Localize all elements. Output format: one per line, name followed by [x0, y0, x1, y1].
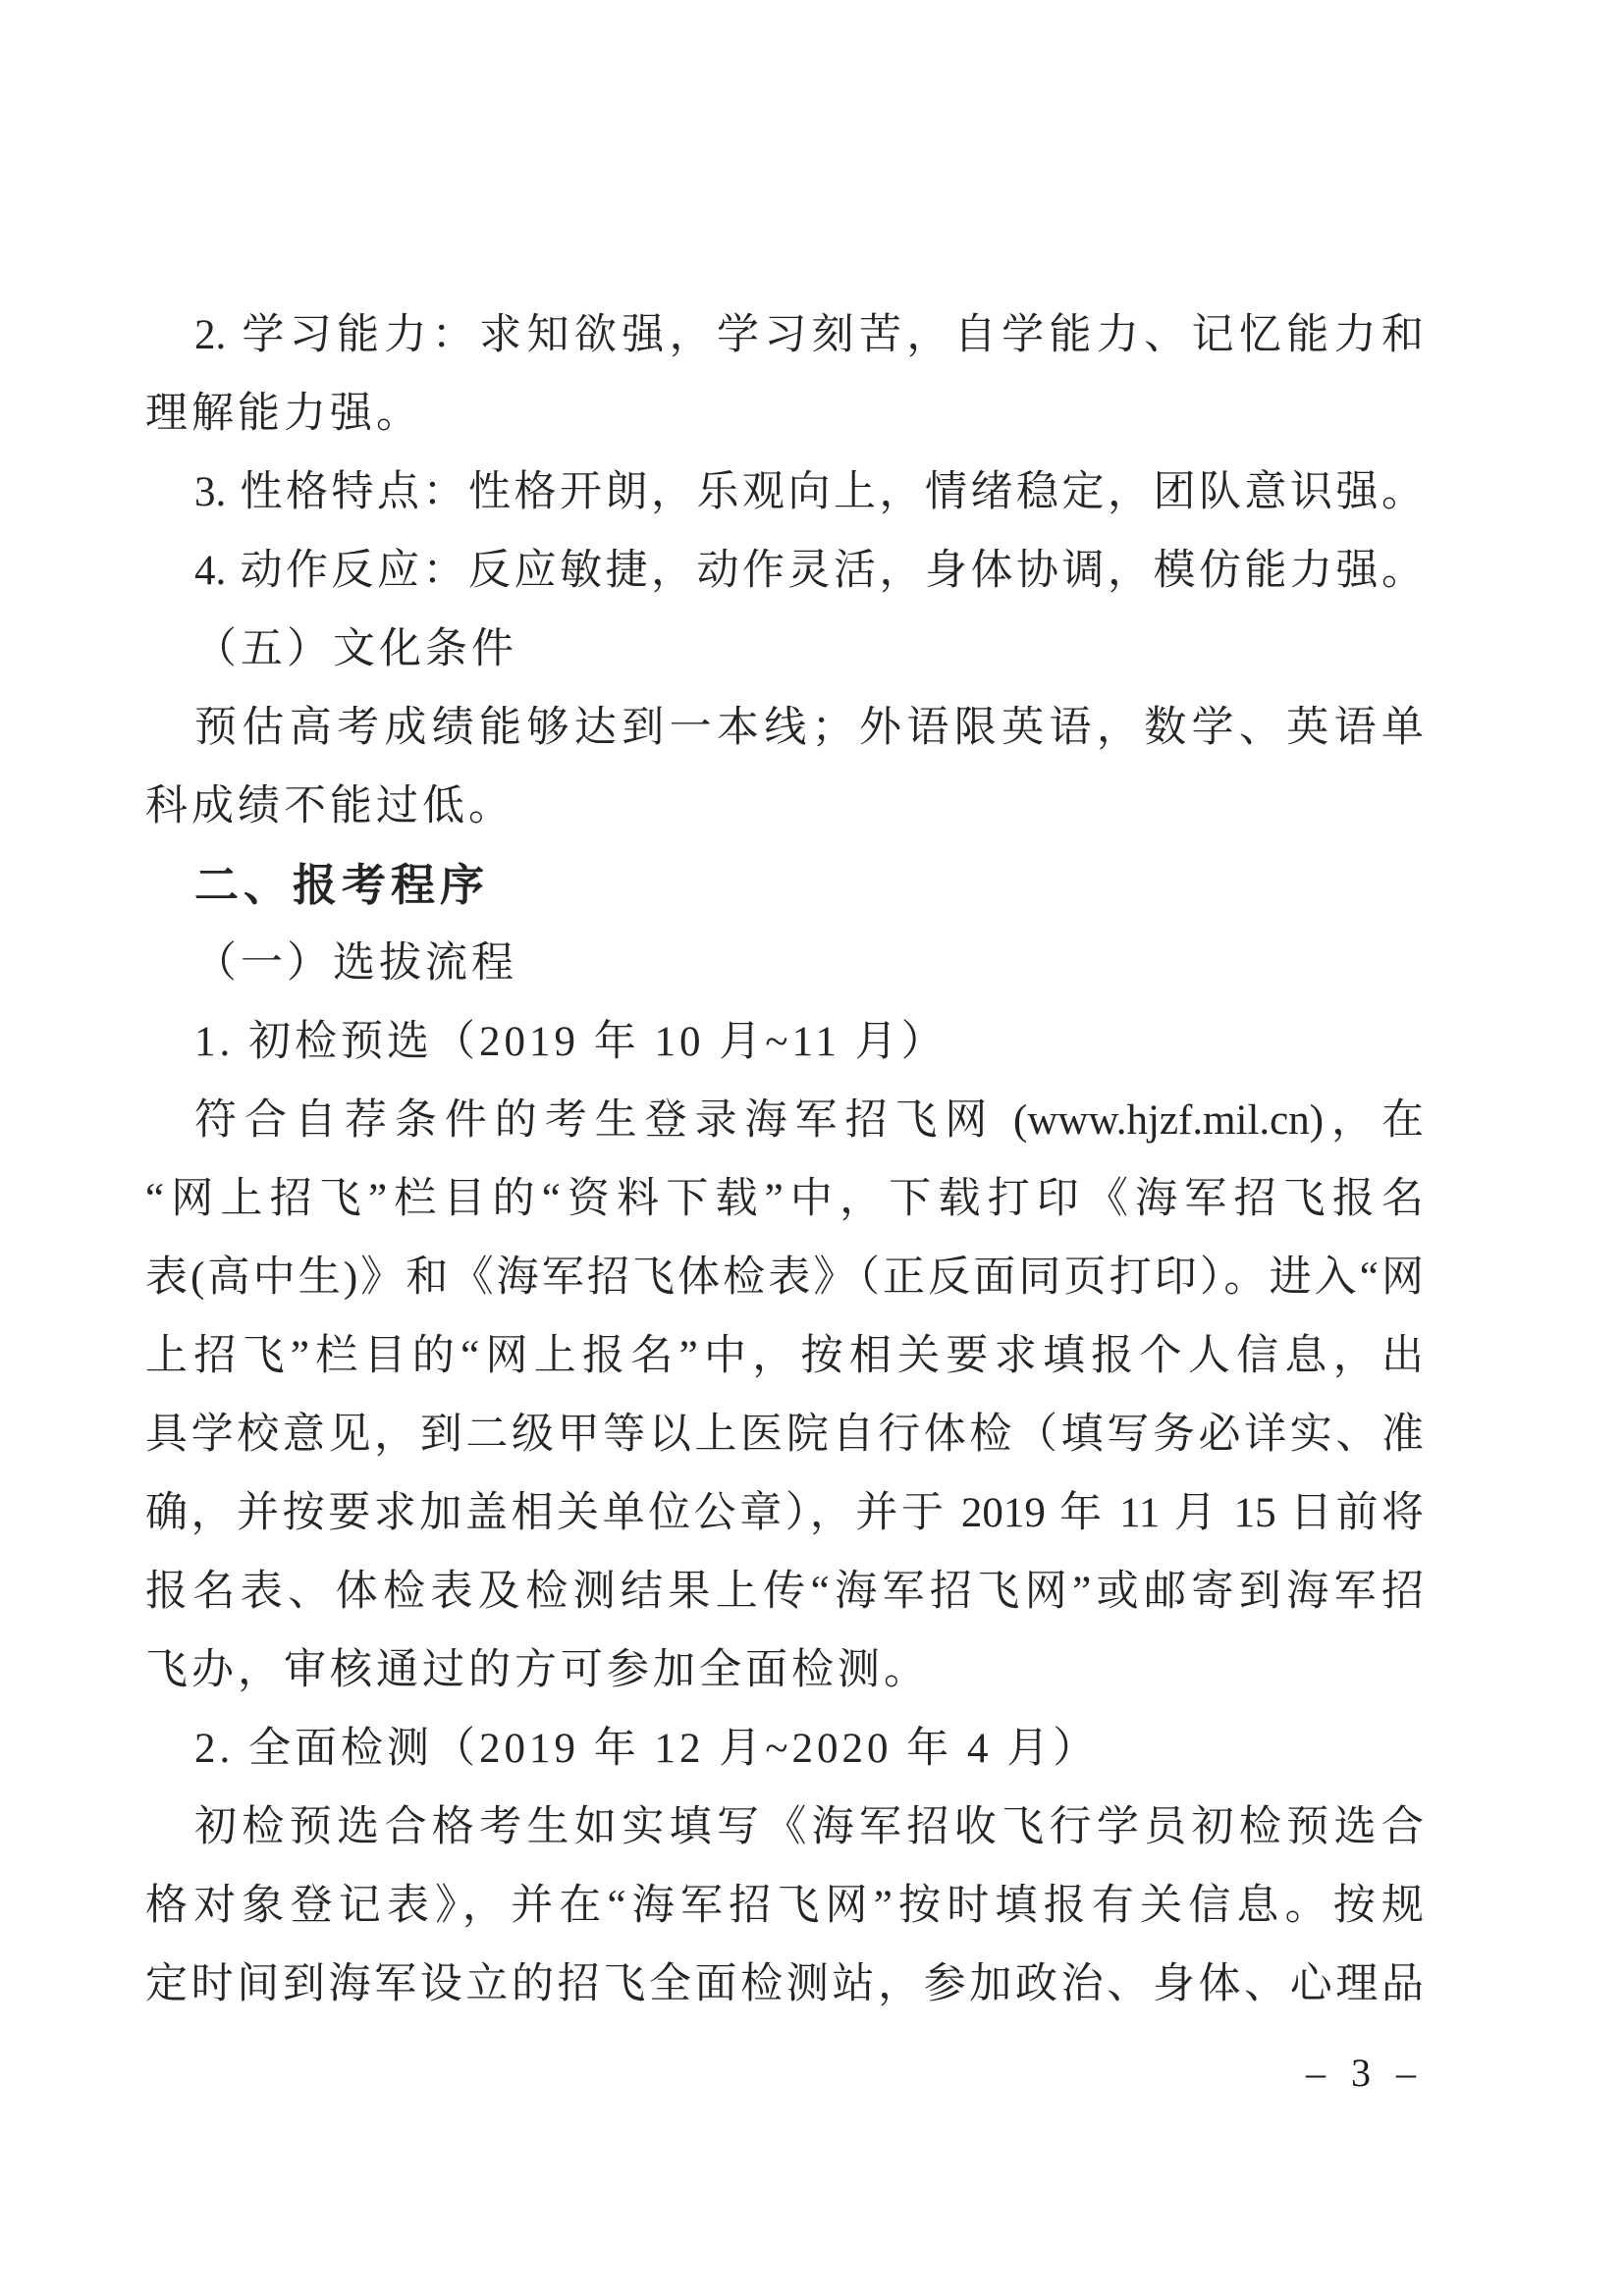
- text-line: （一）选拔流程: [145, 925, 1424, 1003]
- text-line: 4. 动作反应：反应敏捷，动作灵活，身体协调，模仿能力强。: [145, 532, 1424, 611]
- document-page: 2. 学习能力：求知欲强，学习刻苦，自学能力、记忆能力和理解能力强。3. 性格特…: [0, 0, 1624, 2296]
- text-line: 符合自荐条件的考生登录海军招飞网 (www.hjzf.mil.cn)，在: [145, 1082, 1424, 1160]
- text-line: （五）文化条件: [145, 611, 1424, 689]
- text-line: 理解能力强。: [145, 375, 1424, 454]
- text-line: “网上招飞”栏目的“资料下载”中，下载打印《海军招飞报名: [145, 1160, 1424, 1239]
- text-line: 3. 性格特点：性格开朗，乐观向上，情绪稳定，团队意识强。: [145, 454, 1424, 532]
- text-line: 确，并按要求加盖相关单位公章），并于 2019 年 11 月 15 日前将: [145, 1474, 1424, 1553]
- text-line: 初检预选合格考生如实填写《海军招收飞行学员初检预选合: [145, 1789, 1424, 1867]
- text-line: 飞办，审核通过的方可参加全面检测。: [145, 1631, 1424, 1710]
- text-line: 科成绩不能过低。: [145, 768, 1424, 846]
- text-line: 上招飞”栏目的“网上报名”中，按相关要求填报个人信息，出: [145, 1317, 1424, 1396]
- page-number: – 3 –: [1306, 2050, 1424, 2096]
- text-line: 预估高考成绩能够达到一本线；外语限英语，数学、英语单: [145, 689, 1424, 768]
- text-line: 2. 学习能力：求知欲强，学习刻苦，自学能力、记忆能力和: [145, 296, 1424, 375]
- text-line: 具学校意见，到二级甲等以上医院自行体检（填写务必详实、准: [145, 1396, 1424, 1474]
- text-line: 二、报考程序: [145, 846, 1424, 925]
- text-line: 定时间到海军设立的招飞全面检测站，参加政治、身体、心理品: [145, 1946, 1424, 2024]
- text-line: 1. 初检预选（2019 年 10 月~11 月）: [145, 1003, 1424, 1082]
- text-line: 报名表、体检表及检测结果上传“海军招飞网”或邮寄到海军招: [145, 1553, 1424, 1631]
- document-body: 2. 学习能力：求知欲强，学习刻苦，自学能力、记忆能力和理解能力强。3. 性格特…: [145, 296, 1424, 2024]
- text-line: 格对象登记表》，并在“海军招飞网”按时填报有关信息。按规: [145, 1867, 1424, 1946]
- text-line: 表(高中生)》和《海军招飞体检表》（正反面同页打印）。进入“网: [145, 1239, 1424, 1317]
- text-line: 2. 全面检测（2019 年 12 月~2020 年 4 月）: [145, 1710, 1424, 1789]
